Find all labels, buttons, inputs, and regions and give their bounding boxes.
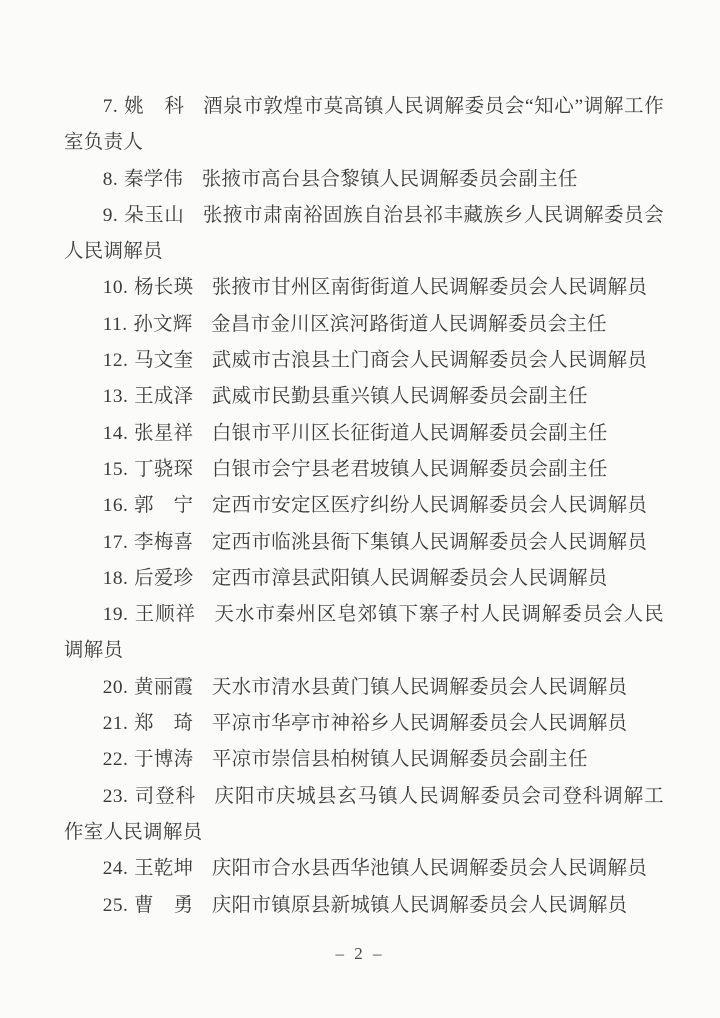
- list-item: 19.王顺祥天水市秦州区皂郊镇下寨子村人民调解委员会人民调解员: [64, 597, 664, 670]
- list-item: 25.曹 勇庆阳市镇原县新城镇人民调解委员会人民调解员: [64, 888, 664, 924]
- list-item: 13.王成泽武威市民勤县重兴镇人民调解委员会副主任: [64, 379, 664, 415]
- entry-role: 张掖市高台县合黎镇人民调解委员会副主任: [202, 169, 578, 190]
- document-page: 7.姚 科酒泉市敦煌市莫高镇人民调解委员会“知心”调解工作室负责人 8.秦学伟张…: [0, 0, 720, 1018]
- entry-number: 11.: [103, 314, 128, 335]
- entry-role: 庆阳市镇原县新城镇人民调解委员会人民调解员: [212, 895, 628, 916]
- list-item: 17.李梅喜定西市临洮县衙下集镇人民调解委员会人民调解员: [64, 525, 664, 561]
- entry-number: 23.: [103, 786, 128, 807]
- entry-role: 白银市平川区长征街道人民调解委员会副主任: [212, 423, 608, 444]
- entry-number: 13.: [103, 386, 128, 407]
- entry-name: 司登科: [134, 786, 196, 807]
- entry-role: 定西市安定区医疗纠纷人民调解委员会人民调解员: [212, 495, 647, 516]
- entry-number: 14.: [103, 423, 128, 444]
- entry-number: 10.: [103, 277, 128, 298]
- entry-number: 18.: [103, 568, 128, 589]
- entry-number: 25.: [103, 895, 128, 916]
- list-item: 14.张星祥白银市平川区长征街道人民调解委员会副主任: [64, 416, 664, 452]
- entry-number: 12.: [103, 350, 128, 371]
- entry-name: 郑 琦: [134, 713, 193, 734]
- entry-name: 黄丽霞: [134, 677, 193, 698]
- list-item: 9.朵玉山张掖市肃南裕固族自治县祁丰藏族乡人民调解委员会人民调解员: [64, 198, 664, 271]
- entry-number: 19.: [103, 604, 128, 625]
- entry-number: 7.: [103, 96, 118, 117]
- entry-role: 白银市会宁县老君坡镇人民调解委员会副主任: [212, 459, 608, 480]
- entry-name: 张星祥: [134, 423, 193, 444]
- entry-number: 24.: [103, 858, 128, 879]
- entry-number: 22.: [103, 749, 128, 770]
- entry-role: 定西市临洮县衙下集镇人民调解委员会人民调解员: [212, 532, 647, 553]
- entry-role: 平凉市华亭市神裕乡人民调解委员会人民调解员: [212, 713, 628, 734]
- entry-name: 王成泽: [134, 386, 193, 407]
- entry-role: 张掖市甘州区南街街道人民调解委员会人民调解员: [212, 277, 647, 298]
- entry-role: 定西市漳县武阳镇人民调解委员会人民调解员: [212, 568, 608, 589]
- mediator-list: 7.姚 科酒泉市敦煌市莫高镇人民调解委员会“知心”调解工作室负责人 8.秦学伟张…: [64, 89, 664, 924]
- entry-name: 丁骁琛: [134, 459, 193, 480]
- entry-number: 17.: [103, 532, 128, 553]
- entry-number: 8.: [103, 169, 118, 190]
- entry-role: 金昌市金川区滨河路街道人民调解委员会主任: [211, 314, 607, 335]
- list-item: 16.郭 宁定西市安定区医疗纠纷人民调解委员会人民调解员: [64, 488, 664, 524]
- page-number: – 2 –: [0, 936, 720, 972]
- entry-number: 15.: [103, 459, 128, 480]
- entry-name: 于博涛: [134, 749, 193, 770]
- entry-number: 21.: [103, 713, 128, 734]
- list-item: 12.马文奎武威市古浪县土门商会人民调解委员会人民调解员: [64, 343, 664, 379]
- list-item: 21.郑 琦平凉市华亭市神裕乡人民调解委员会人民调解员: [64, 706, 664, 742]
- list-item: 20.黄丽霞天水市清水县黄门镇人民调解委员会人民调解员: [64, 670, 664, 706]
- list-item: 23.司登科庆阳市庆城县玄马镇人民调解委员会司登科调解工作室人民调解员: [64, 779, 664, 852]
- list-item: 22.于博涛平凉市崇信县柏树镇人民调解委员会副主任: [64, 742, 664, 778]
- entry-name: 朵玉山: [124, 205, 184, 226]
- entry-name: 李梅喜: [134, 532, 193, 553]
- entry-name: 孙文辉: [133, 314, 192, 335]
- list-item: 15.丁骁琛白银市会宁县老君坡镇人民调解委员会副主任: [64, 452, 664, 488]
- entry-role: 武威市民勤县重兴镇人民调解委员会副主任: [212, 386, 588, 407]
- entry-name: 王顺祥: [134, 604, 196, 625]
- list-item: 8.秦学伟张掖市高台县合黎镇人民调解委员会副主任: [64, 162, 664, 198]
- entry-name: 后爱珍: [134, 568, 193, 589]
- entry-role: 平凉市崇信县柏树镇人民调解委员会副主任: [212, 749, 588, 770]
- list-item: 24.王乾坤庆阳市合水县西华池镇人民调解委员会人民调解员: [64, 851, 664, 887]
- entry-role: 天水市清水县黄门镇人民调解委员会人民调解员: [212, 677, 628, 698]
- entry-role: 武威市古浪县土门商会人民调解委员会人民调解员: [212, 350, 647, 371]
- entry-name: 王乾坤: [134, 858, 193, 879]
- entry-number: 16.: [103, 495, 128, 516]
- entry-name: 杨长瑛: [134, 277, 193, 298]
- entry-name: 秦学伟: [124, 169, 183, 190]
- entry-name: 郭 宁: [134, 495, 193, 516]
- entry-name: 曹 勇: [134, 895, 193, 916]
- entry-number: 9.: [103, 205, 118, 226]
- list-item: 7.姚 科酒泉市敦煌市莫高镇人民调解委员会“知心”调解工作室负责人: [64, 89, 664, 162]
- entry-name: 姚 科: [124, 96, 185, 117]
- entry-number: 20.: [103, 677, 128, 698]
- list-item: 10.杨长瑛张掖市甘州区南街街道人民调解委员会人民调解员: [64, 270, 664, 306]
- entry-role: 庆阳市合水县西华池镇人民调解委员会人民调解员: [212, 858, 647, 879]
- list-item: 18.后爱珍定西市漳县武阳镇人民调解委员会人民调解员: [64, 561, 664, 597]
- entry-name: 马文奎: [134, 350, 193, 371]
- list-item: 11.孙文辉金昌市金川区滨河路街道人民调解委员会主任: [64, 307, 664, 343]
